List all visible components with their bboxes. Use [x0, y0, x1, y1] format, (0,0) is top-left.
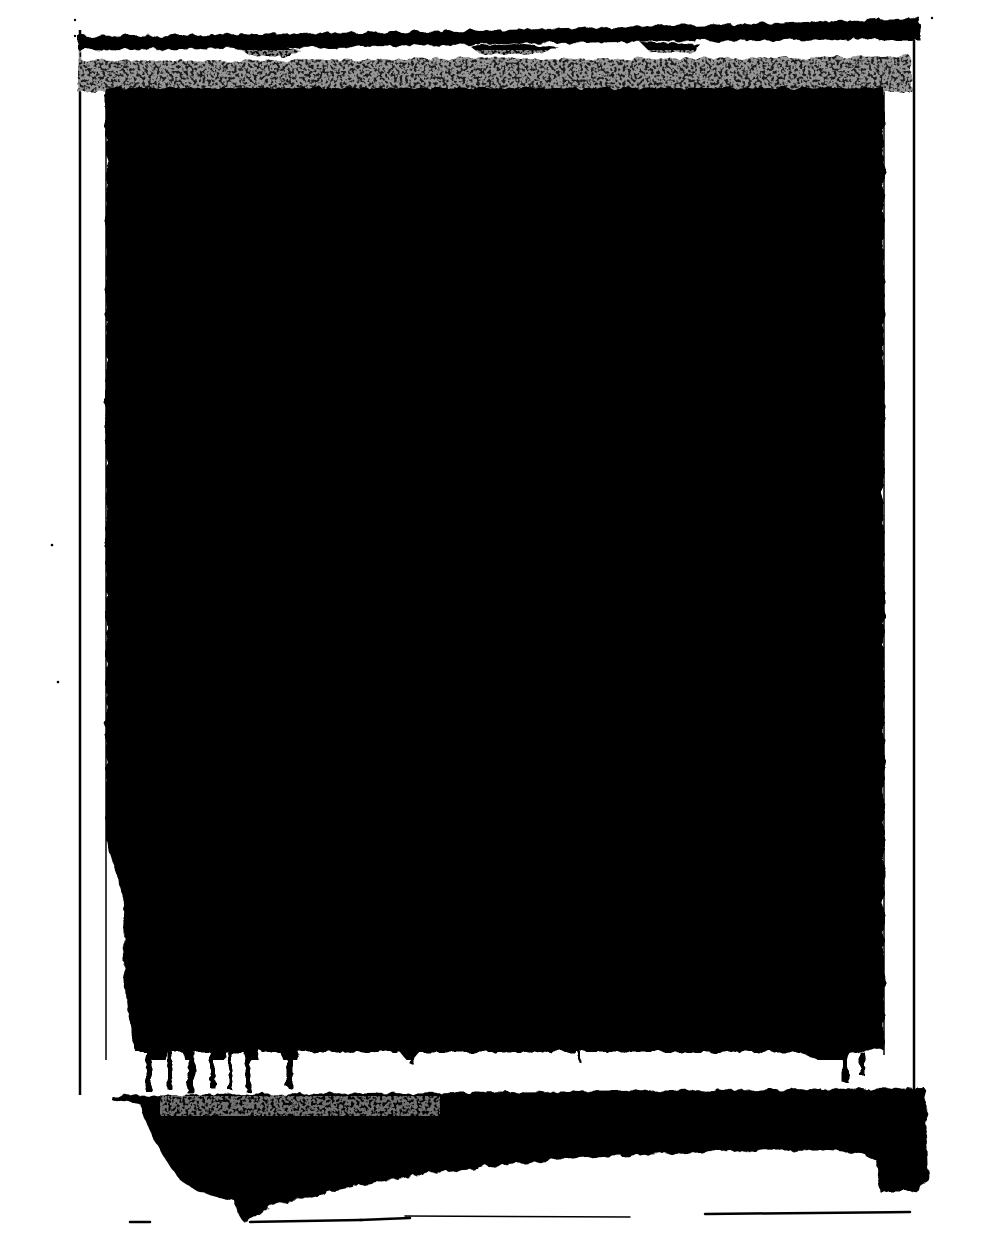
black-emulsion [106, 88, 884, 1090]
frame-artwork [0, 0, 1000, 1250]
